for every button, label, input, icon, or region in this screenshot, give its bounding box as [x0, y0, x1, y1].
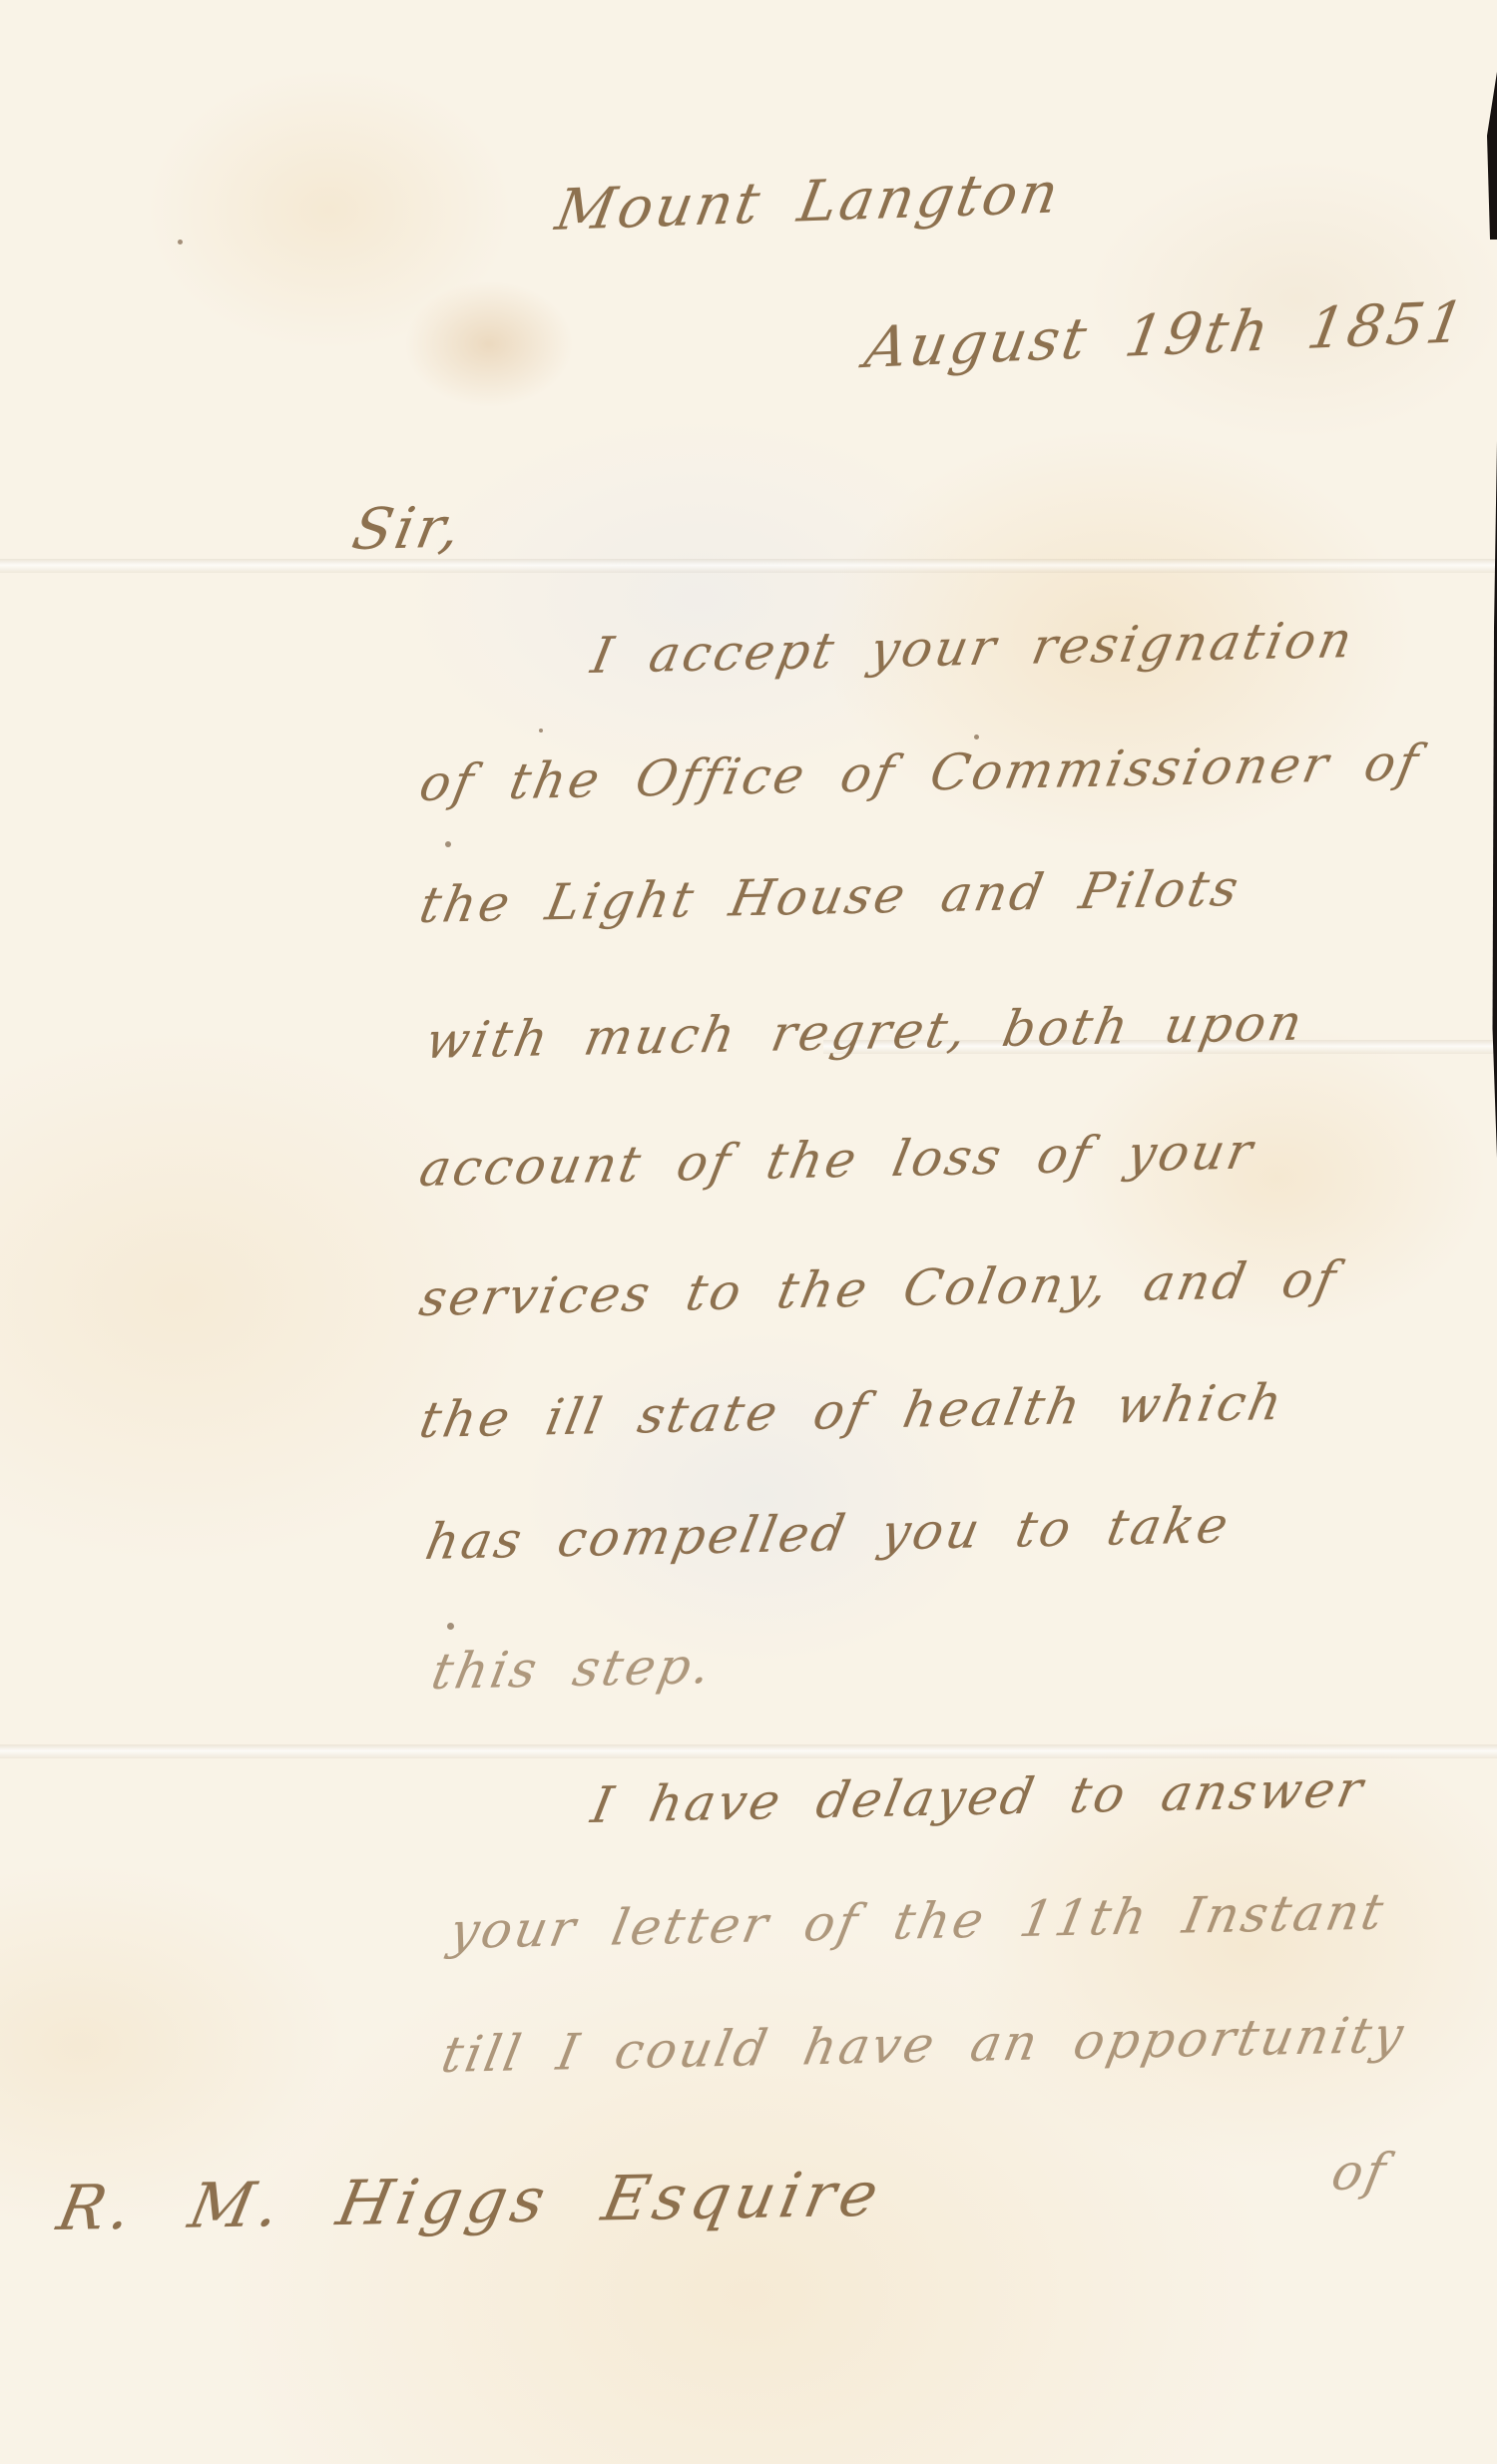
ink-speck — [445, 841, 451, 847]
ink-speck — [539, 729, 543, 733]
letter-place-line: Mount Langton — [551, 161, 1066, 244]
ink-speck — [178, 240, 183, 245]
handwritten-line: this step. — [427, 1637, 718, 1701]
catchword: of — [1327, 2143, 1393, 2202]
handwritten-line: till I could have an opportunity — [437, 2006, 1411, 2084]
paper-sheet: Mount Langton August 19th 1851 Sir, I ac… — [0, 0, 1497, 2464]
handwritten-line: I accept your resignation — [587, 611, 1359, 685]
handwritten-line: services to the Colony, and of — [415, 1250, 1343, 1327]
paper-edge-shadow — [1487, 72, 1497, 240]
letter-scan: Mount Langton August 19th 1851 Sir, I ac… — [0, 0, 1497, 2464]
letter-date-line: August 19th 1851 — [860, 289, 1472, 381]
handwritten-line: the Light House and Pilots — [415, 859, 1246, 934]
letter-addressee: R. M. Higgs Esquire — [52, 2158, 889, 2244]
ink-speck — [974, 735, 979, 739]
letter-salutation: Sir, — [347, 495, 468, 563]
handwritten-line: the ill state of health which — [415, 1373, 1289, 1449]
handwritten-line: your letter of the 11th Instant — [445, 1882, 1390, 1960]
fold-crease — [0, 1744, 1497, 1758]
handwritten-line: I have delayed to answer — [587, 1760, 1370, 1834]
handwritten-line: account of the loss of your — [415, 1123, 1259, 1198]
handwritten-line: has compelled you to take — [421, 1496, 1236, 1571]
handwritten-line: of the Office of Commissioner of — [415, 734, 1425, 812]
ink-speck — [447, 1623, 454, 1630]
fold-crease — [0, 559, 1497, 573]
handwritten-line: with much regret, both upon — [421, 994, 1309, 1070]
